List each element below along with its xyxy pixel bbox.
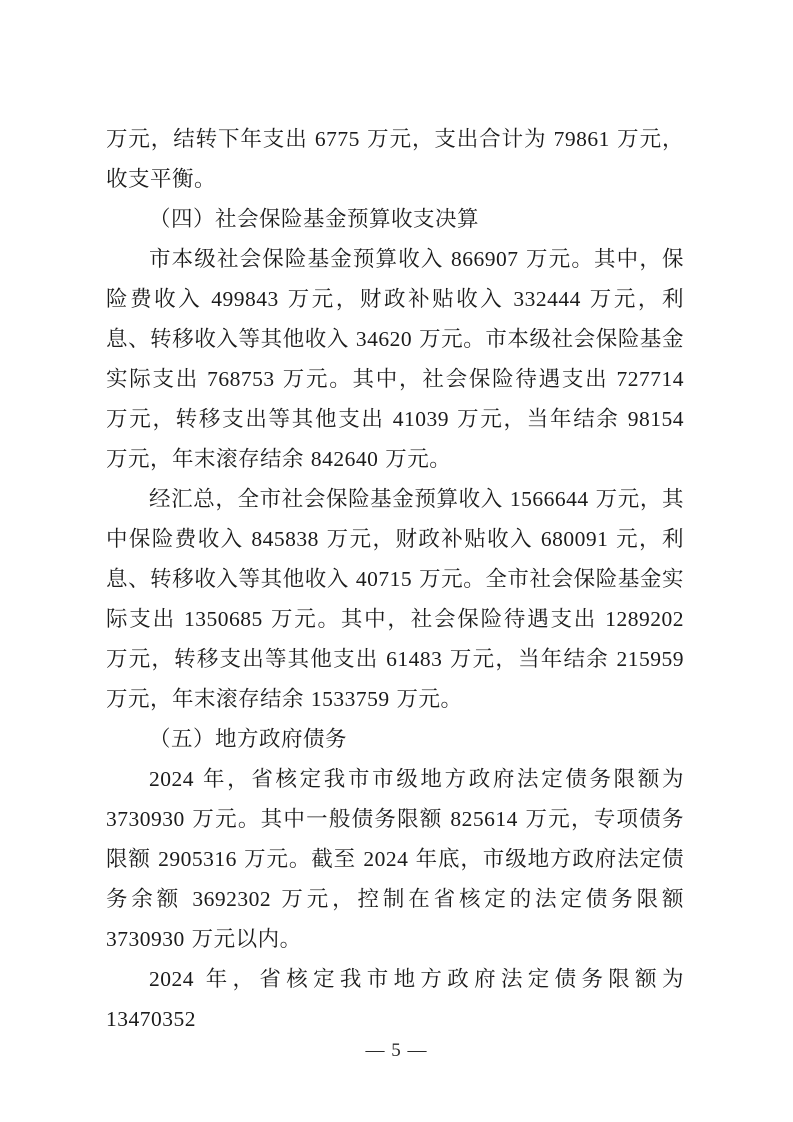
paragraph-carryover-balance: 万元，结转下年支出 6775 万元，支出合计为 79861 万元，收支平衡。 bbox=[106, 119, 684, 199]
paragraph-city-level-debt-limit: 2024 年，省核定我市市级地方政府法定债务限额为 3730930 万元。其中一… bbox=[106, 759, 684, 959]
paragraph-citywide-debt-limit-truncated: 2024 年，省核定我市地方政府法定债务限额为 13470352 bbox=[106, 959, 684, 1039]
heading-section-4-social-insurance: （四）社会保险基金预算收支决算 bbox=[106, 199, 684, 239]
paragraph-city-level-social-insurance: 市本级社会保险基金预算收入 866907 万元。其中，保险费收入 499843 … bbox=[106, 239, 684, 479]
document-page: 万元，结转下年支出 6775 万元，支出合计为 79861 万元，收支平衡。 （… bbox=[0, 0, 793, 1122]
document-body: 万元，结转下年支出 6775 万元，支出合计为 79861 万元，收支平衡。 （… bbox=[106, 119, 684, 1039]
paragraph-citywide-social-insurance: 经汇总，全市社会保险基金预算收入 1566644 万元，其中保险费收入 8458… bbox=[106, 479, 684, 719]
heading-section-5-local-government-debt: （五）地方政府债务 bbox=[106, 719, 684, 759]
page-number: — 5 — bbox=[0, 1038, 793, 1064]
